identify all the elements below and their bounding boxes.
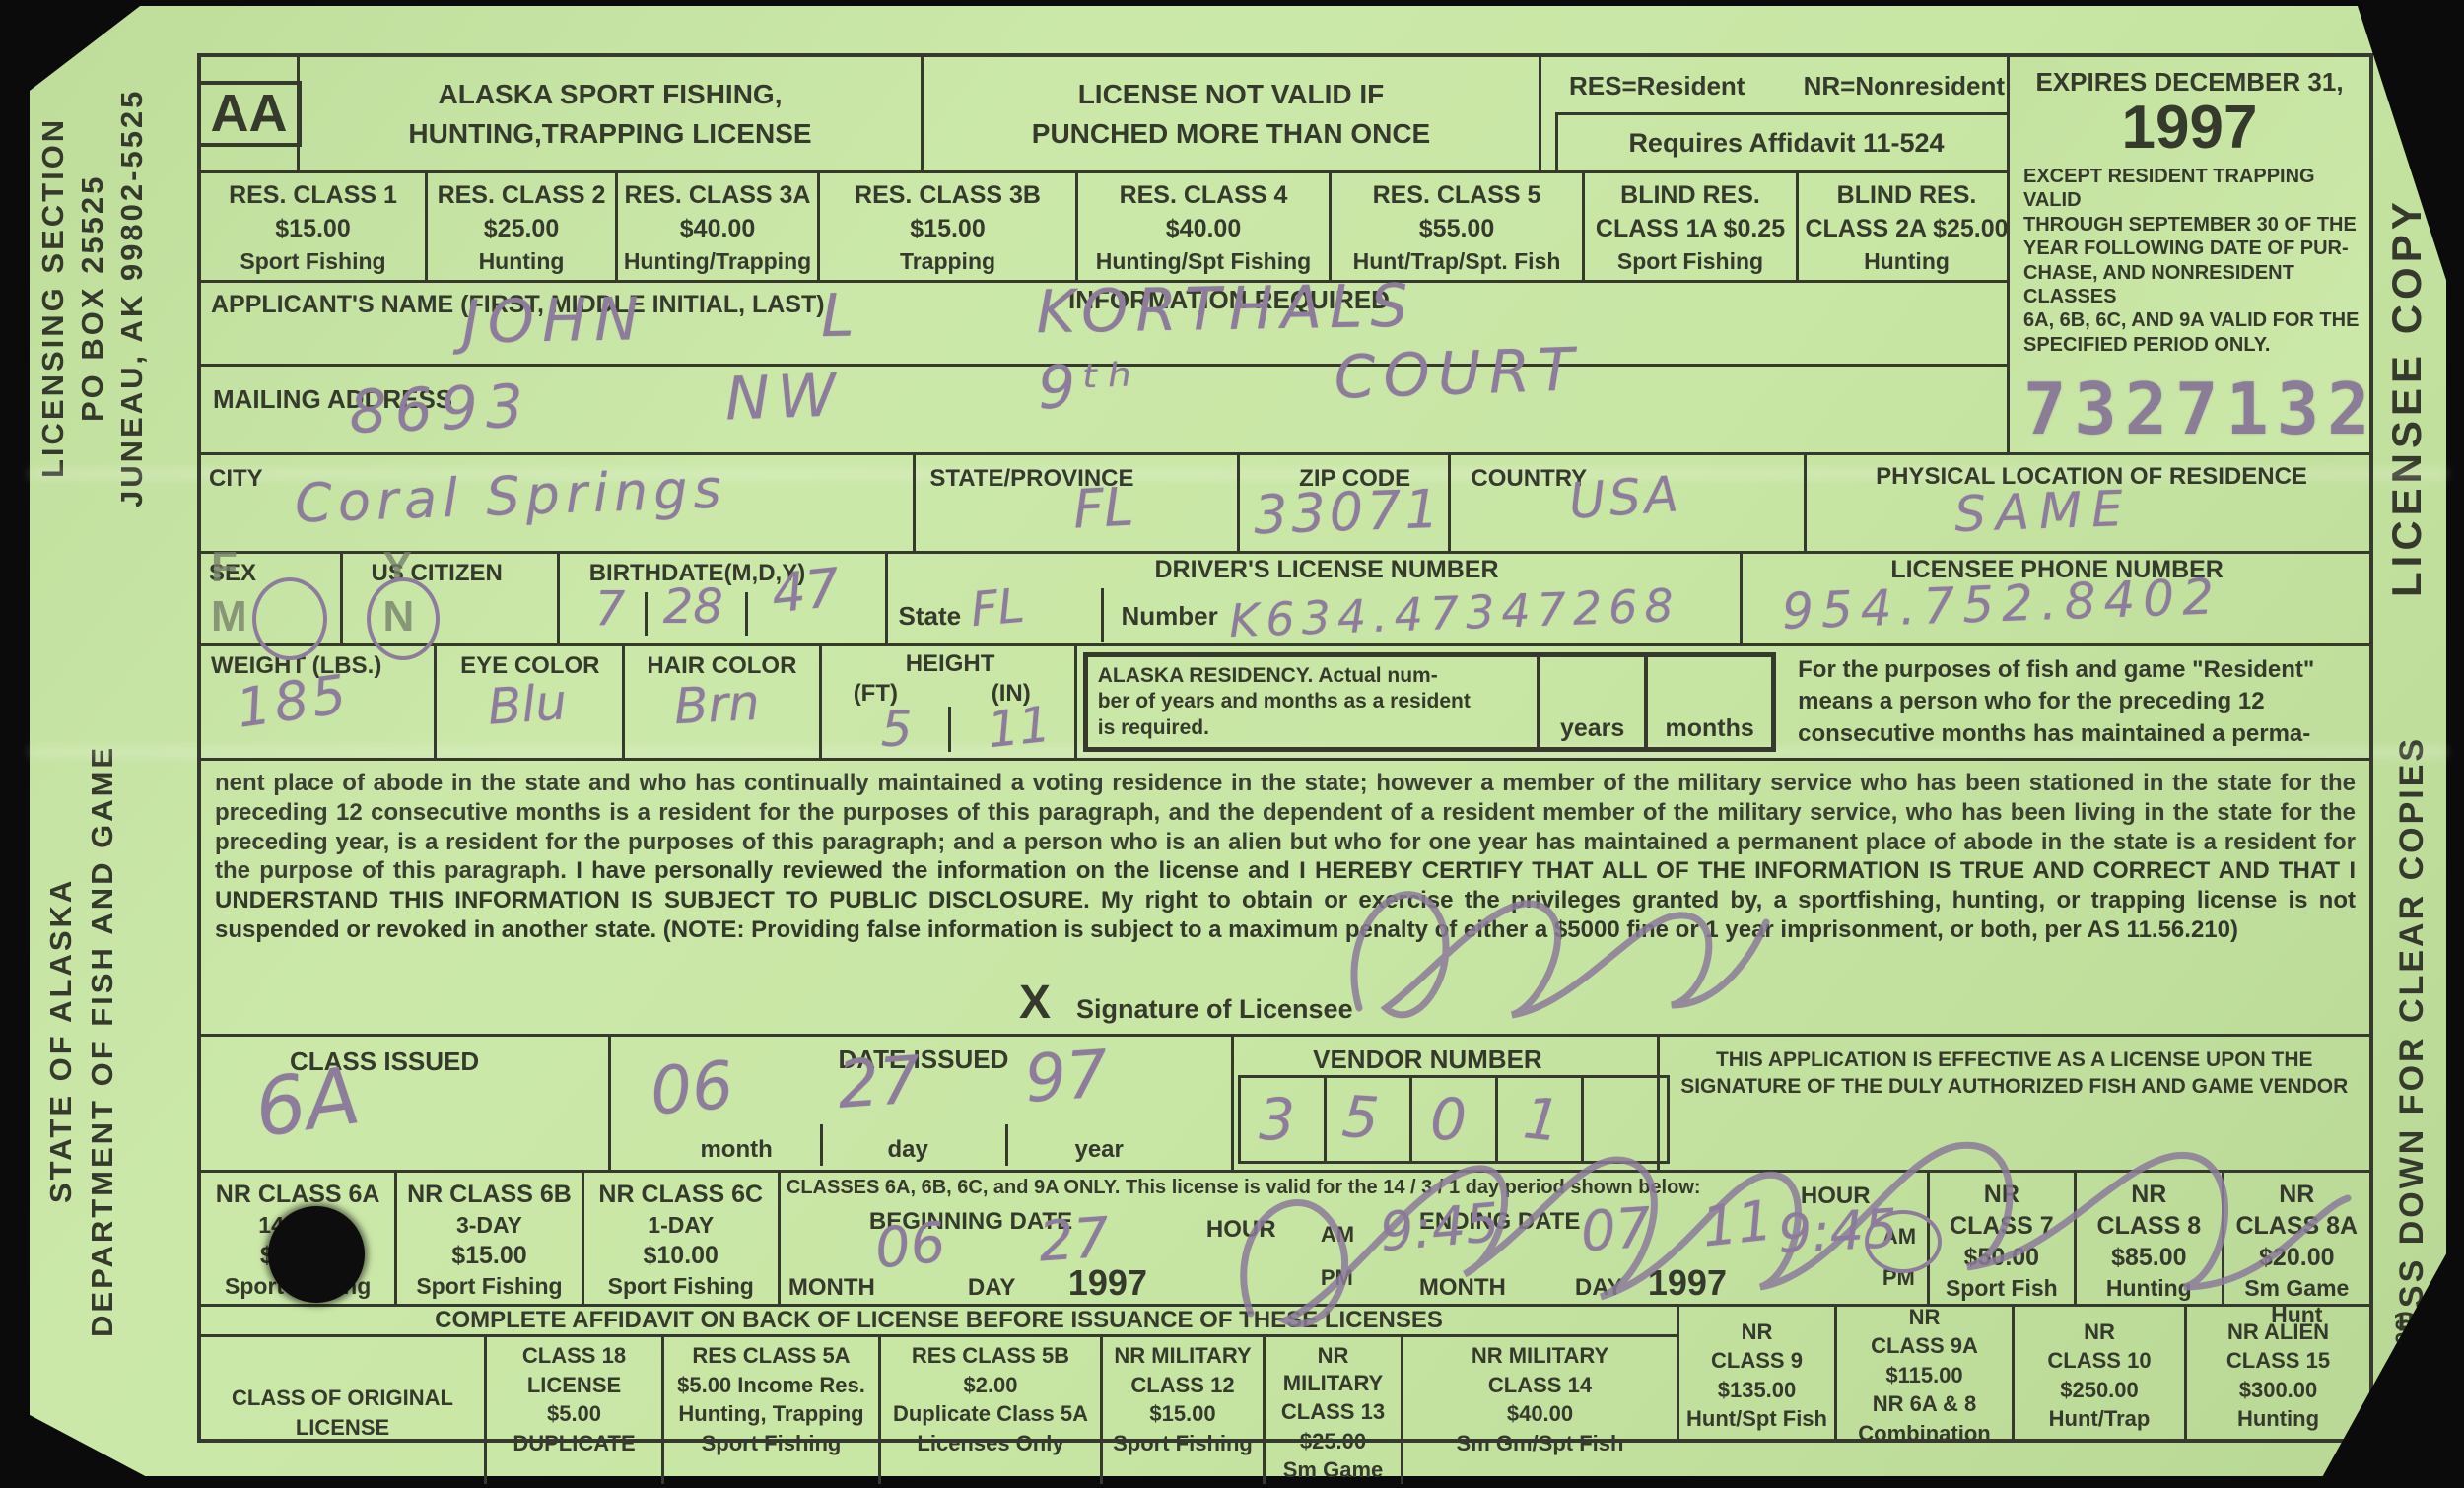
class-issued-handwritten: 6A bbox=[249, 1049, 366, 1155]
height-cell: HEIGHT (FT) (IN) 5 11 bbox=[822, 646, 1077, 758]
end-month-handwritten: 07 bbox=[1579, 1196, 1654, 1265]
expires-label: EXPIRES DECEMBER 31, bbox=[2010, 57, 2369, 98]
bottom-right-block: NR CLASS 9 $135.00 Hunt/Spt Fish NR CLAS… bbox=[1679, 1307, 2369, 1439]
validity-period-cell: CLASSES 6A, 6B, 6C, and 9A ONLY. This li… bbox=[781, 1173, 1930, 1304]
day-sublabel: day bbox=[887, 1136, 927, 1164]
class-cell-res4: RES. CLASS 4$40.00Hunting/Spt Fishing bbox=[1078, 173, 1332, 280]
rail-po-box: PO BOX 25525 bbox=[75, 41, 110, 554]
vendor-number-cell: VENDOR NUMBER 3 5 0 1 bbox=[1234, 1037, 1659, 1170]
not-valid-notice: LICENSE NOT VALID IF PUNCHED MORE THAN O… bbox=[921, 57, 1541, 170]
nr-military-12-cell: NR MILITARY CLASS 12 $15.00 Sport Fishin… bbox=[1103, 1337, 1266, 1484]
height-ft-handwritten: 5 bbox=[881, 701, 913, 758]
sex-selection-circle bbox=[252, 577, 327, 660]
class-cell-res5: RES. CLASS 5$55.00Hunt/Trap/Spt. Fish bbox=[1332, 173, 1585, 280]
vendor-number-label: VENDOR NUMBER bbox=[1313, 1045, 1542, 1075]
rail-state-of-alaska: STATE OF ALASKA bbox=[43, 627, 79, 1454]
residency-line3: is required. bbox=[1098, 715, 1527, 741]
begin-hour-handwritten: 9:45 bbox=[1377, 1191, 1501, 1263]
vendor-digit-box bbox=[1581, 1075, 1670, 1164]
x-mark: X bbox=[1019, 976, 1051, 1030]
bottom-row: COMPLETE AFFIDAVIT ON BACK OF LICENSE BE… bbox=[201, 1307, 2369, 1439]
birthdate-cell: BIRTHDATE(M,D,Y) 7 28 47 bbox=[560, 554, 889, 643]
form-code: AA bbox=[197, 81, 302, 147]
not-valid-line2: PUNCHED MORE THAN ONCE bbox=[1032, 118, 1430, 150]
rail-dept-fish-game: DEPARTMENT OF FISH AND GAME bbox=[85, 627, 120, 1454]
form-code-cell: AA bbox=[201, 57, 300, 170]
issued-month-handwritten: 06 bbox=[648, 1047, 736, 1129]
nr-military-14-cell: NR MILITARY CLASS 14 $40.00 Sm Gm/Spt Fi… bbox=[1403, 1337, 1677, 1484]
begin-month-handwritten: 06 bbox=[872, 1210, 949, 1281]
end-year-printed: 1997 bbox=[1648, 1262, 1727, 1304]
vendor-digit-box: 0 bbox=[1409, 1075, 1498, 1164]
phone-cell: LICENSEE PHONE NUMBER 954.752.8402 bbox=[1743, 554, 2369, 643]
rail-licensing-section: LICENSING SECTION bbox=[35, 41, 71, 554]
scanned-license-photo: { "rails": { "left_top_lines": ["LICENSI… bbox=[0, 0, 2464, 1488]
vendor-digit-box: 5 bbox=[1324, 1075, 1412, 1164]
years-label: years bbox=[1560, 714, 1624, 743]
date-issued-cell: DATE ISSUED 06 27 97 month day year bbox=[611, 1037, 1234, 1170]
license-table: AA ALASKA SPORT FISHING, HUNTING,TRAPPIN… bbox=[197, 53, 2373, 1443]
header-row: AA ALASKA SPORT FISHING, HUNTING,TRAPPIN… bbox=[201, 57, 2015, 173]
vendor-digit-box: 1 bbox=[1495, 1075, 1584, 1164]
dl-state-label: State bbox=[898, 601, 961, 632]
residency-cell: ALASKA RESIDENCY. Actual num- ber of yea… bbox=[1077, 646, 1782, 758]
months-label: months bbox=[1665, 714, 1753, 743]
physical-description-row: WEIGHT (LBS.) 185 EYE COLOR Blu HAIR COL… bbox=[201, 646, 2369, 761]
year-sublabel: year bbox=[1074, 1136, 1123, 1164]
vendor-digit-handwritten: 0 bbox=[1430, 1086, 1467, 1153]
drivers-license-cell: DRIVER'S LICENSE NUMBER State FL Number … bbox=[888, 554, 1743, 643]
height-in-handwritten: 11 bbox=[985, 696, 1053, 759]
nr-legend: NR=Nonresident bbox=[1804, 71, 2005, 101]
begin-month-label: MONTH bbox=[788, 1274, 875, 1302]
zip-handwritten: 33071 bbox=[1253, 478, 1444, 547]
nr-military-13-cell: NR MILITARY CLASS 13 $25.00 Sm Game bbox=[1266, 1337, 1403, 1484]
hair-color-cell: HAIR COLOR Brn bbox=[625, 646, 821, 758]
license-title-line2: HUNTING,TRAPPING LICENSE bbox=[408, 118, 811, 150]
city-handwritten: Coral Springs bbox=[294, 457, 728, 534]
signature-of-licensee-label: Signature of Licensee bbox=[1076, 994, 1353, 1025]
nr-class-8a-cell: NR CLASS 8A $20.00 Sm Game Hunt bbox=[2224, 1173, 2369, 1304]
punch-hole bbox=[268, 1206, 365, 1303]
class-cell-blind2a: BLIND RES.CLASS 2A $25.00Hunting bbox=[1799, 173, 2015, 280]
resident-note-line1: For the purposes of fish and game "Resid… bbox=[1798, 654, 2363, 686]
nr-class-8-cell: NR CLASS 8 $85.00 Hunting bbox=[2077, 1173, 2224, 1304]
citizen-cell: US CITIZEN Y N bbox=[343, 554, 559, 643]
nr-class-7-cell: NR CLASS 7 $50.00 Sport Fish bbox=[1930, 1173, 2077, 1304]
class-cell-res1: RES. CLASS 1$15.00Sport Fishing bbox=[201, 173, 428, 280]
expires-column: EXPIRES DECEMBER 31, 1997 EXCEPT RESIDEN… bbox=[2007, 57, 2369, 455]
issued-day-handwritten: 27 bbox=[836, 1042, 924, 1123]
state-handwritten: FL bbox=[1072, 475, 1135, 540]
bottom-left-block: COMPLETE AFFIDAVIT ON BACK OF LICENSE BE… bbox=[201, 1307, 1679, 1439]
not-valid-line1: LICENSE NOT VALID IF bbox=[1078, 79, 1385, 110]
country-handwritten: USA bbox=[1568, 465, 1684, 530]
residency-box: ALASKA RESIDENCY. Actual num- ber of yea… bbox=[1083, 652, 1776, 752]
dl-number-handwritten: K634.47347268 bbox=[1229, 578, 1681, 647]
physical-location-handwritten: SAME bbox=[1953, 480, 2134, 543]
vendor-digit-box: 3 bbox=[1238, 1075, 1327, 1164]
month-sublabel: month bbox=[700, 1136, 772, 1164]
certification-row: nent place of abode in the state and who… bbox=[201, 761, 2369, 1037]
city-cell: CITY Coral Springs bbox=[201, 455, 916, 551]
nr-class-6a-cell: NR CLASS 6A 14-DAY $30.00 Sport Fishing bbox=[201, 1173, 397, 1304]
citizen-selection-circle bbox=[367, 577, 440, 660]
state-of-alaska-rail: STATE OF ALASKA DEPARTMENT OF FISH AND G… bbox=[43, 627, 120, 1454]
sex-cell: SEX F M bbox=[201, 554, 343, 643]
weight-cell: WEIGHT (LBS.) 185 bbox=[201, 646, 437, 758]
vendor-statement-cell: THIS APPLICATION IS EFFECTIVE AS A LICEN… bbox=[1660, 1037, 2369, 1170]
drivers-license-label: DRIVER'S LICENSE NUMBER bbox=[1154, 556, 1498, 584]
residency-line1: ALASKA RESIDENCY. Actual num- bbox=[1098, 663, 1527, 689]
legend-cell: RES=Resident NR=Nonresident Requires Aff… bbox=[1541, 57, 2015, 170]
res-class-5a-cell: RES CLASS 5A $5.00 Income Res. Hunting, … bbox=[664, 1337, 881, 1484]
class-cell-res3a: RES. CLASS 3A$40.00Hunting/Trapping bbox=[618, 173, 820, 280]
expires-note: EXCEPT RESIDENT TRAPPING VALID THROUGH S… bbox=[2010, 159, 2369, 357]
divider bbox=[1005, 1124, 1008, 1166]
hair-color-handwritten: Brn bbox=[673, 674, 761, 735]
nr-class-10-cell: NR CLASS 10 $250.00 Hunt/Trap bbox=[2015, 1307, 2187, 1439]
end-month-label: MONTH bbox=[1419, 1274, 1506, 1302]
state-cell: STATE/PROVINCE FL bbox=[916, 455, 1240, 551]
nr-class-9a-cell: NR CLASS 9A $115.00 NR 6A & 8 Combinatio… bbox=[1837, 1307, 2015, 1439]
city-row: CITY Coral Springs STATE/PROVINCE FL ZIP… bbox=[201, 455, 2369, 554]
eye-color-cell: EYE COLOR Blu bbox=[437, 646, 625, 758]
city-label: CITY bbox=[209, 465, 263, 493]
begin-day-handwritten: 27 bbox=[1037, 1206, 1112, 1275]
divider bbox=[948, 707, 951, 752]
class-issued-cell: CLASS ISSUED 6A bbox=[201, 1037, 611, 1170]
class-cell-res3b: RES. CLASS 3B$15.00Trapping bbox=[820, 173, 1078, 280]
birth-year-handwritten: 47 bbox=[769, 557, 843, 626]
vendor-statement: THIS APPLICATION IS EFFECTIVE AS A LICEN… bbox=[1679, 1047, 2350, 1101]
physical-location-cell: PHYSICAL LOCATION OF RESIDENCE SAME bbox=[1807, 455, 2369, 551]
certification-cell: nent place of abode in the state and who… bbox=[201, 761, 2369, 1034]
license-title-line1: ALASKA SPORT FISHING, bbox=[439, 79, 783, 110]
begin-pm-label: PM bbox=[1321, 1265, 1353, 1291]
class-cell-blind1a: BLIND RES.CLASS 1A $0.25Sport Fishing bbox=[1585, 173, 1799, 280]
begin-am-label: AM bbox=[1321, 1222, 1354, 1248]
resident-note-line3: consecutive months has maintained a perm… bbox=[1798, 718, 2363, 750]
res-class-5b-cell: RES CLASS 5B $2.00 Duplicate Class 5A Li… bbox=[881, 1337, 1103, 1484]
nr-alien-15-cell: NR ALIEN CLASS 15 $300.00 Hunting bbox=[2187, 1307, 2369, 1439]
certification-paragraph: nent place of abode in the state and who… bbox=[201, 761, 2369, 945]
nr-class-9-cell: NR CLASS 9 $135.00 Hunt/Spt Fish bbox=[1679, 1307, 1837, 1439]
country-cell: COUNTRY USA bbox=[1451, 455, 1807, 551]
height-label: HEIGHT bbox=[906, 650, 995, 678]
signature-line: X Signature of Licensee bbox=[1019, 976, 1353, 1030]
dl-state-handwritten: FL bbox=[969, 578, 1027, 639]
birth-month-handwritten: 7 bbox=[595, 581, 626, 637]
vendor-digit-handwritten: 5 bbox=[1340, 1083, 1382, 1152]
nr-class-6b-cell: NR CLASS 6B 3-DAY $15.00 Sport Fishing bbox=[397, 1173, 583, 1304]
class-18-cell: CLASS 18 LICENSE $5.00 DUPLICATE bbox=[487, 1337, 664, 1484]
expires-year: 1997 bbox=[2010, 98, 2369, 159]
phone-handwritten: 954.752.8402 bbox=[1781, 568, 2223, 641]
nr-class-row: NR CLASS 6A 14-DAY $30.00 Sport Fishing … bbox=[201, 1173, 2369, 1307]
divider bbox=[645, 592, 648, 636]
resident-class-row: RES. CLASS 1$15.00Sport Fishing RES. CLA… bbox=[201, 173, 2015, 283]
license-card: LICENSING SECTION PO BOX 25525 JUNEAU, A… bbox=[30, 6, 2446, 1476]
affidavit-note: Requires Affidavit 11-524 bbox=[1555, 112, 2015, 170]
affidavit-bar: COMPLETE AFFIDAVIT ON BACK OF LICENSE BE… bbox=[201, 1307, 1677, 1337]
dl-number-label: Number bbox=[1121, 601, 1217, 632]
period-heading: CLASSES 6A, 6B, 6C, and 9A ONLY. This li… bbox=[787, 1177, 1782, 1199]
residency-line2: ber of years and months as a resident bbox=[1098, 689, 1527, 714]
res-legend: RES=Resident bbox=[1569, 71, 1745, 101]
vendor-digit-boxes: 3 5 0 1 bbox=[1238, 1075, 1670, 1164]
vendor-digit-handwritten: 1 bbox=[1521, 1084, 1564, 1154]
eye-color-handwritten: Blu bbox=[486, 673, 569, 735]
original-license-cell: CLASS OF ORIGINAL LICENSE bbox=[201, 1337, 487, 1484]
end-day-handwritten: 11 bbox=[1699, 1188, 1776, 1259]
am-selection-circle bbox=[1865, 1210, 1942, 1273]
divider bbox=[1101, 588, 1104, 642]
resident-definition-note: For the purposes of fish and game "Resid… bbox=[1782, 646, 2369, 758]
resident-note-line2: means a person who for the preceding 12 bbox=[1798, 686, 2363, 717]
issued-year-handwritten: 97 bbox=[1023, 1036, 1111, 1117]
license-number-stamp: 7327132 bbox=[2023, 368, 2377, 450]
divider bbox=[745, 592, 748, 636]
end-day-label: DAY bbox=[1575, 1274, 1622, 1302]
divider bbox=[820, 1124, 823, 1166]
issue-row: CLASS ISSUED 6A DATE ISSUED 06 27 97 mon… bbox=[201, 1037, 2369, 1173]
licensing-section-address: LICENSING SECTION PO BOX 25525 JUNEAU, A… bbox=[35, 41, 150, 554]
begin-day-label: DAY bbox=[968, 1274, 1015, 1302]
class-cell-res2: RES. CLASS 2$25.00Hunting bbox=[428, 173, 618, 280]
license-title: ALASKA SPORT FISHING, HUNTING,TRAPPING L… bbox=[300, 57, 921, 170]
nr-class-6c-cell: NR CLASS 6C 1-DAY $10.00 Sport Fishing bbox=[584, 1173, 781, 1304]
begin-hour-label: HOUR bbox=[1206, 1216, 1276, 1244]
vendor-digit-handwritten: 3 bbox=[1259, 1086, 1295, 1153]
rail-juneau: JUNEAU, AK 99802-5525 bbox=[114, 41, 150, 554]
zip-cell: ZIP CODE 33071 bbox=[1240, 455, 1451, 551]
birth-day-handwritten: 28 bbox=[663, 579, 723, 635]
sex-citizen-row: SEX F M US CITIZEN Y N BIRTHDATE(M,D,Y) … bbox=[201, 554, 2369, 646]
